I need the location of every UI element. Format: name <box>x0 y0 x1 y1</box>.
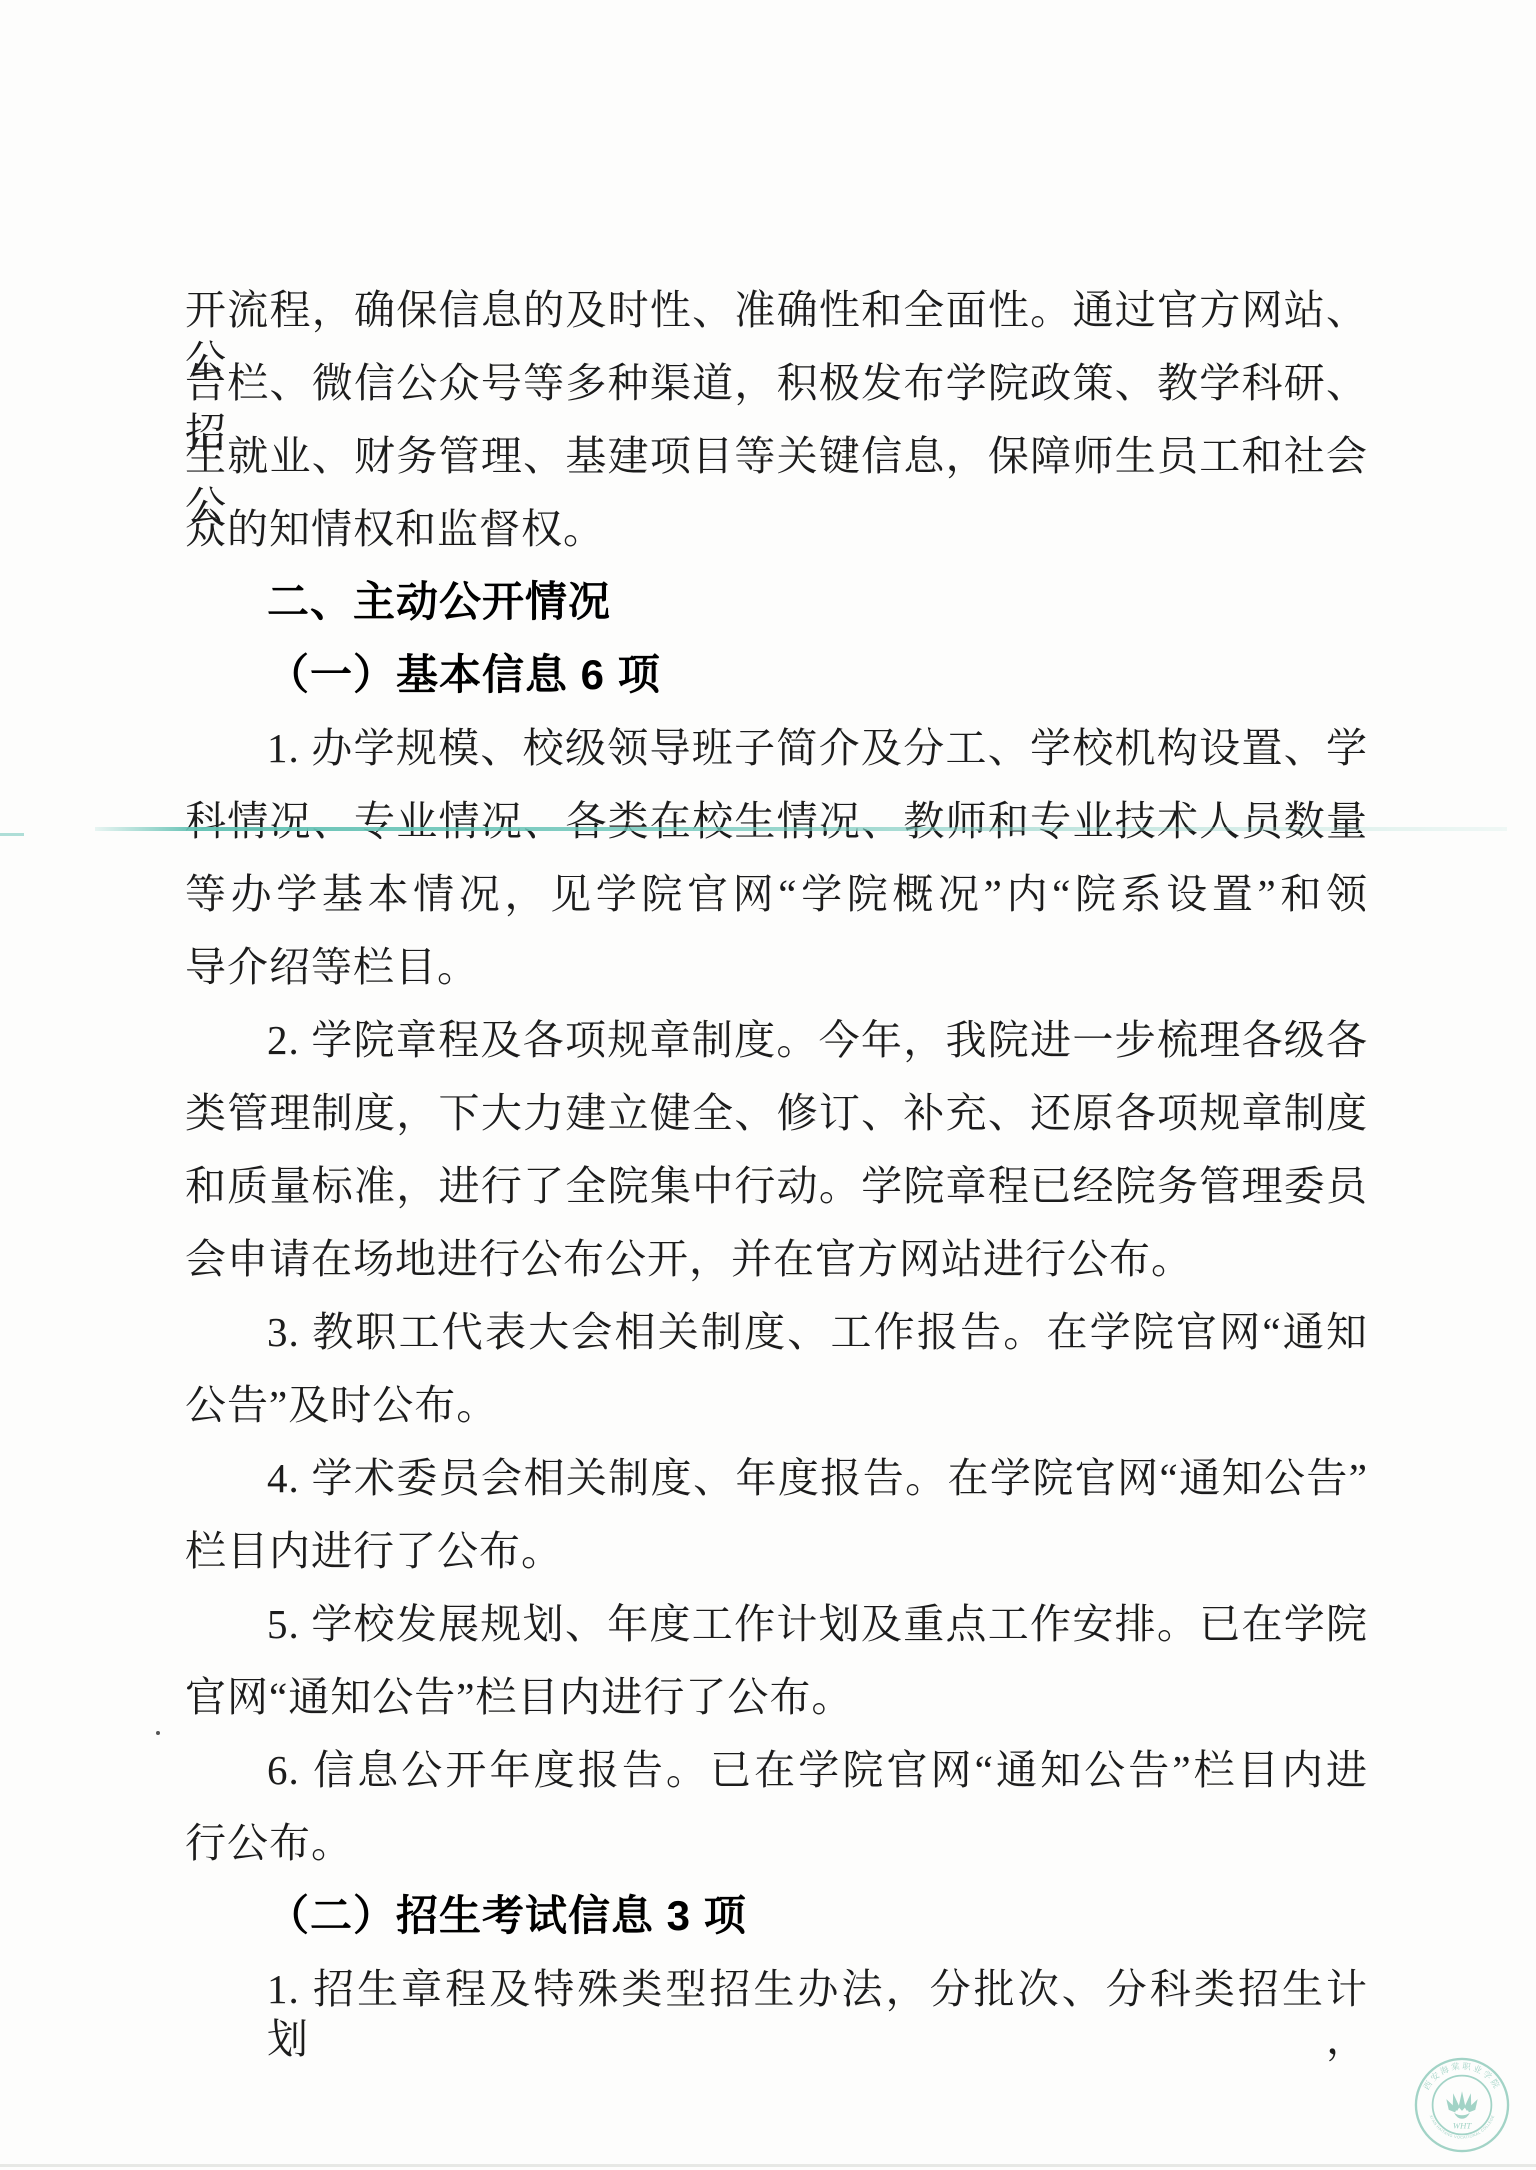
text-line: 6. 信息公开年度报告。已在学院官网“通知公告”栏目内进 <box>185 1745 1368 1795</box>
text-line: 公告”及时公布。 <box>185 1380 1368 1430</box>
section-heading: 二、主动公开情况 <box>185 577 1368 627</box>
scan-artifact-line-fragment <box>0 833 24 836</box>
text-line: 会申请在场地进行公布公开，并在官方网站进行公布。 <box>185 1234 1368 1284</box>
scan-artifact-line <box>95 827 1507 831</box>
text-line: 众的知情权和监督权。 <box>185 504 1368 554</box>
text-line: 行公布。 <box>185 1818 1368 1868</box>
seal-flower-emblem <box>1446 2091 1477 2118</box>
text-line: 生就业、财务管理、基建项目等关键信息，保障师生员工和社会公 <box>185 431 1368 481</box>
text-line: 科情况、专业情况、各类在校生情况、教师和专业技术人员数量 <box>185 796 1368 846</box>
section-heading: （二）招生考试信息 3 项 <box>185 1891 1368 1941</box>
college-seal-watermark: 西安海棠职业学院 XI'AN HAITANG VOCATIONAL COLLEG… <box>1413 2056 1511 2154</box>
text-line: 栏目内进行了公布。 <box>185 1526 1368 1576</box>
scan-artifact-dot <box>156 1731 160 1735</box>
text-line: 和质量标准，进行了全院集中行动。学院章程已经院务管理委员 <box>185 1161 1368 1211</box>
page-bottom-edge <box>0 2164 1536 2167</box>
text-line: 2. 学院章程及各项规章制度。今年，我院进一步梳理各级各 <box>185 1015 1368 1065</box>
document-text: 开流程，确保信息的及时性、准确性和全面性。通过官方网站、公告栏、微信公众号等多种… <box>0 0 1536 2170</box>
text-line: 告栏、微信公众号等多种渠道，积极发布学院政策、教学科研、招 <box>185 358 1368 408</box>
text-line: 官网“通知公告”栏目内进行了公布。 <box>185 1672 1368 1722</box>
text-line: 等办学基本情况，见学院官网“学院概况”内“院系设置”和领 <box>185 869 1368 919</box>
text-line: 4. 学术委员会相关制度、年度报告。在学院官网“通知公告” <box>185 1453 1368 1503</box>
text-line: 1. 办学规模、校级领导班子简介及分工、学校机构设置、学 <box>185 723 1368 773</box>
text-line: 导介绍等栏目。 <box>185 942 1368 992</box>
text-line: 开流程，确保信息的及时性、准确性和全面性。通过官方网站、公 <box>185 285 1368 335</box>
text-line: 1. 招生章程及特殊类型招生办法，分批次、分科类招生计划， <box>185 1964 1368 2014</box>
section-heading: （一）基本信息 6 项 <box>185 650 1368 700</box>
text-line: 5. 学校发展规划、年度工作计划及重点工作安排。已在学院 <box>185 1599 1368 1649</box>
document-page: 开流程，确保信息的及时性、准确性和全面性。通过官方网站、公告栏、微信公众号等多种… <box>0 0 1536 2170</box>
text-line: 类管理制度，下大力建立健全、修订、补充、还原各项规章制度 <box>185 1088 1368 1138</box>
text-line: 3. 教职工代表大会相关制度、工作报告。在学院官网“通知 <box>185 1307 1368 1357</box>
seal-monogram: WHT <box>1453 2121 1473 2131</box>
